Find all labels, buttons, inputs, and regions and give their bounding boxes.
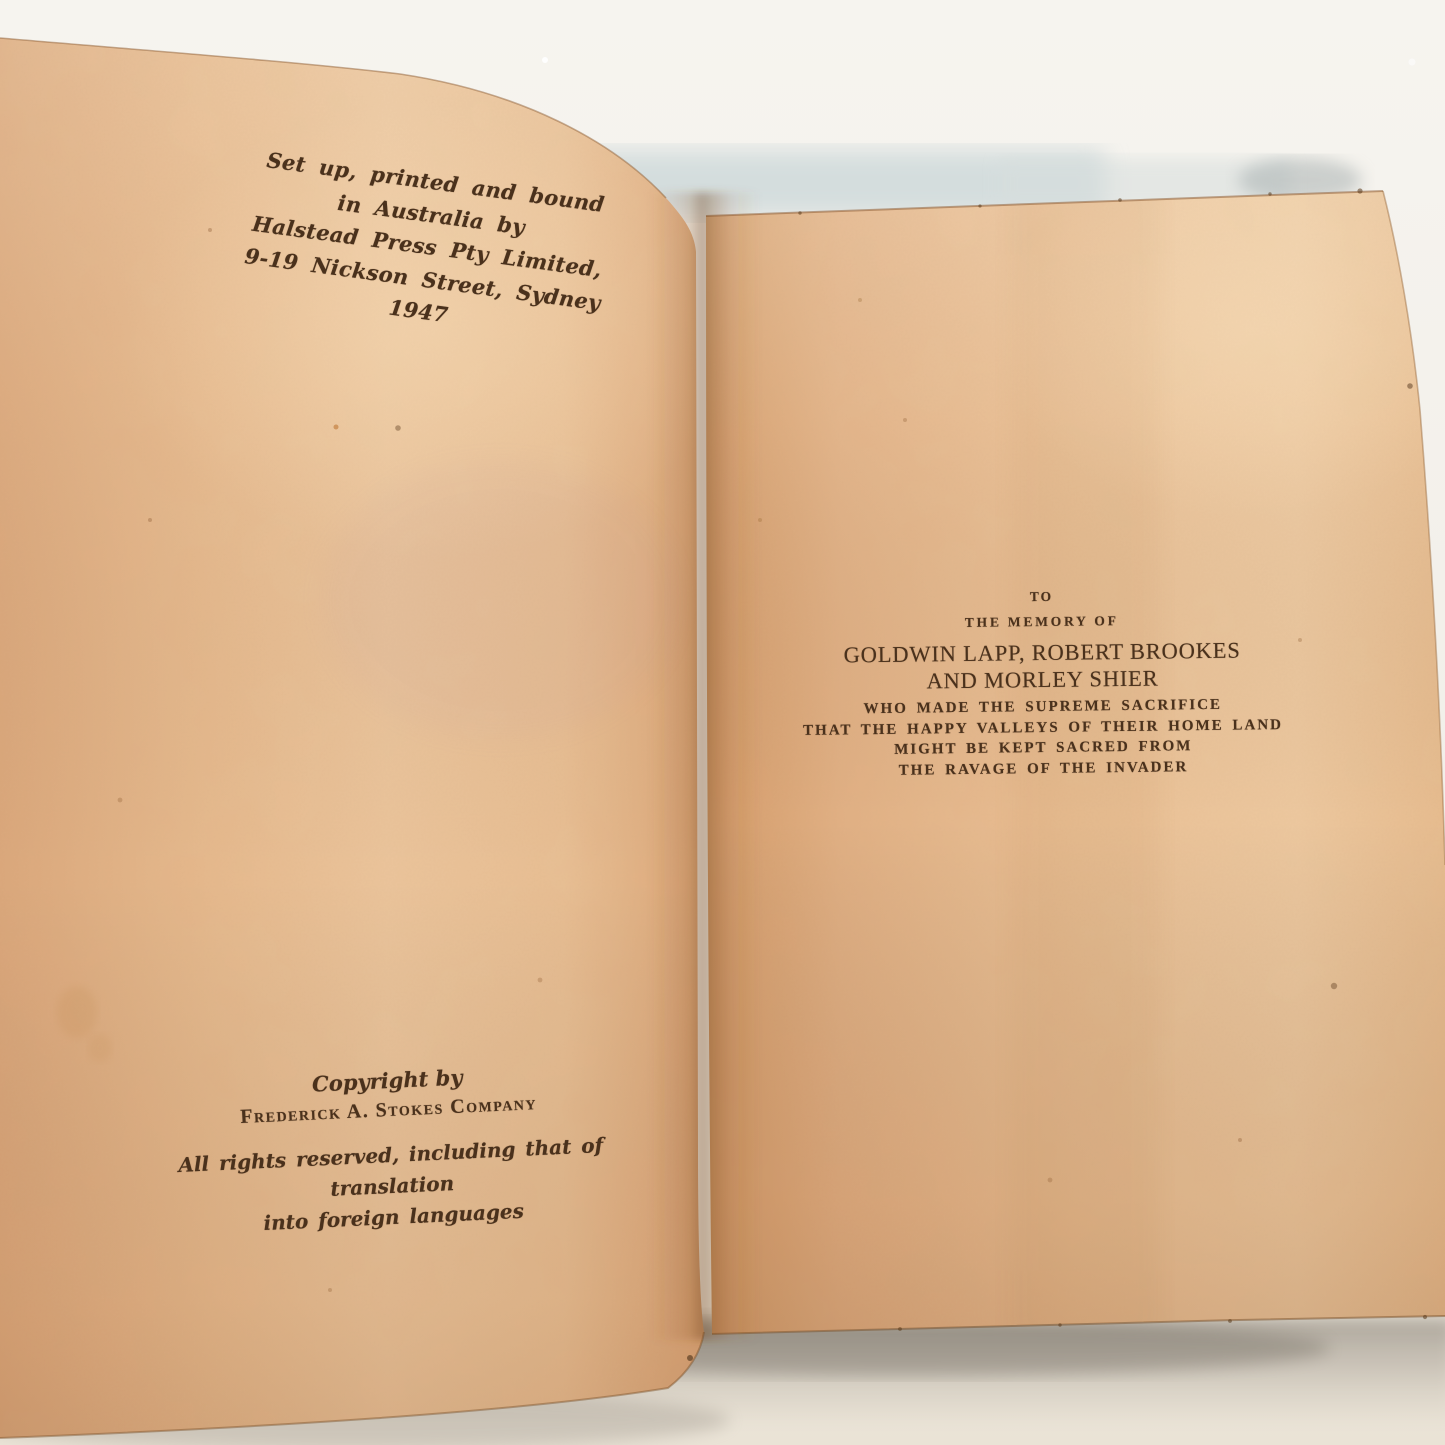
- gutter-shadow: [650, 192, 760, 1340]
- book-photo: Set up, printed and bound in Australia b…: [0, 0, 1445, 1445]
- dedication: TO THE MEMORY OF GOLDWIN LAPP, ROBERT BR…: [769, 585, 1316, 783]
- copyright-notice: Copyright by Frederick A. Stokes Company…: [144, 1055, 636, 1245]
- dedication-line: THE MEMORY OF: [769, 610, 1314, 634]
